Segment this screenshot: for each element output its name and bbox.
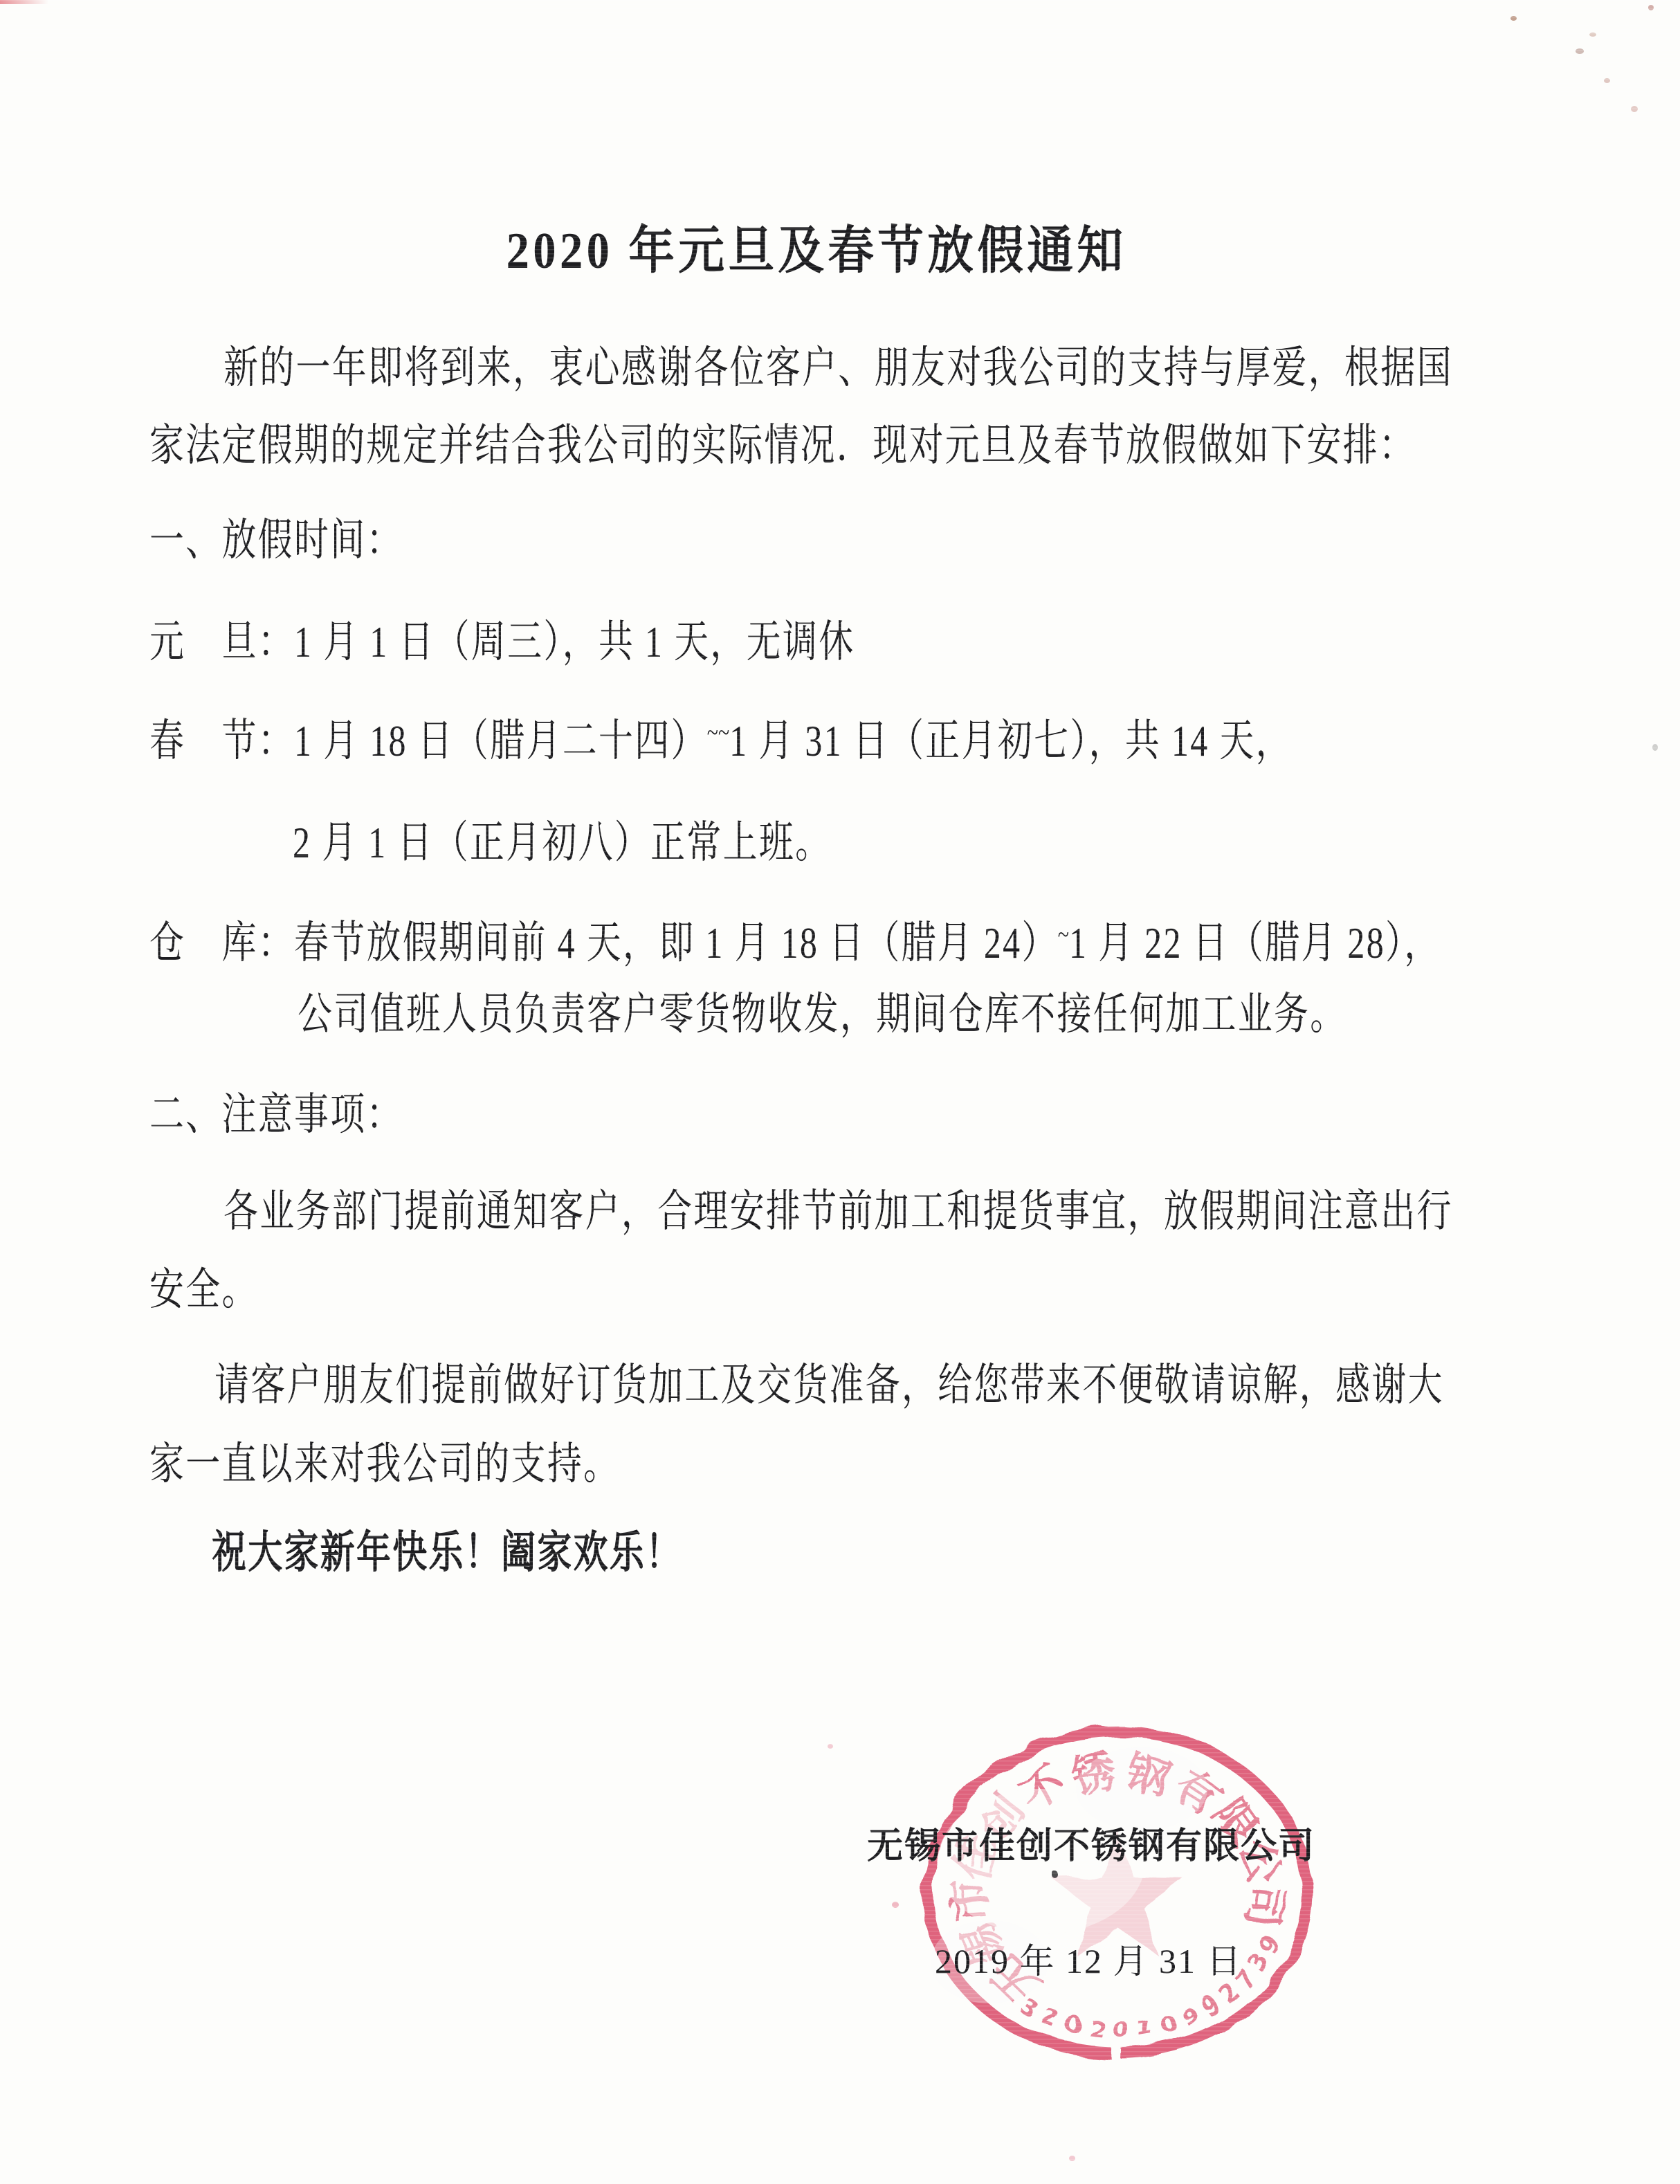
scan-speck <box>1648 5 1654 10</box>
svg-text:9: 9 <box>1177 2000 1203 2031</box>
scan-speck <box>1576 48 1584 54</box>
svg-text:司: 司 <box>1238 1882 1289 1929</box>
notes-para1-line1: 各业务部门提前通知客户，合理安排节前加工和提货事宜，放假期间注意出行 <box>223 1187 1453 1237</box>
scan-speck <box>828 1744 833 1749</box>
chunjie-part2: 1 月 31 日（正月初七），共 14 天， <box>729 716 1292 765</box>
scan-speck <box>1510 16 1517 21</box>
chunjie-label: 春 节： <box>149 716 294 765</box>
notes-para2-line2: 家一直以来对我公司的支持。 <box>149 1439 619 1489</box>
chunjie-part1: 1 月 18 日（腊月二十四） <box>294 716 707 765</box>
scan-speck <box>1604 78 1610 83</box>
svg-text:0: 0 <box>1063 2010 1086 2040</box>
cangku-part2: 1 月 22 日（腊月 28）， <box>1069 918 1441 967</box>
section-two-heading: 二、注意事项： <box>149 1090 403 1140</box>
intro-line-1: 新的一年即将到来，衷心感谢各位客户、朋友对我公司的支持与厚爱，根据国 <box>223 343 1453 393</box>
scan-speck <box>1631 106 1638 112</box>
cangku-tilde: ~ <box>1058 920 1069 949</box>
intro-line-2: 家法定假期的规定并结合我公司的实际情况．现对元旦及春节放假做如下安排： <box>149 421 1415 471</box>
svg-text:1: 1 <box>1135 2013 1155 2042</box>
cangku-part1: 春节放假期间前 4 天，即 1 月 18 日（腊月 24） <box>294 918 1058 967</box>
notice-title: 2020 年元旦及春节放假通知 <box>60 223 1572 280</box>
signature-date: 2019 年 12 月 31 日 <box>935 1942 1243 1981</box>
chunjie-continuation: 2 月 1 日（正月初八）正常上班。 <box>293 818 831 868</box>
scan-speck <box>892 1902 899 1908</box>
svg-text:2: 2 <box>1039 2003 1064 2034</box>
yuandan-label: 元 旦： <box>149 617 294 666</box>
cangku-continuation: 公司值班人员负责客户零货物收发，期间仓库不接任何加工业务。 <box>298 990 1346 1039</box>
scan-streak <box>0 0 48 4</box>
ink-dot <box>1052 1871 1058 1878</box>
yuandan-text: 1 月 1 日（周三），共 1 天，无调休 <box>294 617 855 666</box>
closing-wishes: 祝大家新年快乐！阖家欢乐！ <box>212 1528 682 1578</box>
scan-speck <box>1589 33 1596 37</box>
cangku-label: 仓 库： <box>149 918 294 967</box>
scanned-notice-page: 无锡市佳创不锈钢有限公司 3202010992739 2020 年元旦及春节放假… <box>0 0 1680 2184</box>
scan-speck <box>1652 744 1658 751</box>
yuandan-line: 元 旦：1 月 1 日（周三），共 1 天，无调休 <box>149 617 855 667</box>
section-one-heading: 一、放假时间： <box>149 516 403 565</box>
cangku-line: 仓 库：春节放假期间前 4 天，即 1 月 18 日（腊月 24）~1 月 22… <box>149 918 1441 968</box>
scan-speck <box>1069 2156 1075 2161</box>
svg-text:0: 0 <box>1156 2008 1180 2038</box>
svg-text:2: 2 <box>1088 2014 1107 2044</box>
signature-company: 无锡市佳创不锈钢有限公司 <box>867 1827 1315 1867</box>
notes-para1-line2: 安全。 <box>149 1265 258 1315</box>
chunjie-line: 春 节：1 月 18 日（腊月二十四）~~1 月 31 日（正月初七），共 14… <box>149 716 1292 766</box>
chunjie-tilde: ~~ <box>707 718 729 747</box>
notes-para2-line1: 请客户朋友们提前做好订货加工及交货准备，给您带来不便敬请谅解，感谢大 <box>214 1361 1444 1410</box>
svg-text:0: 0 <box>1113 2016 1129 2043</box>
